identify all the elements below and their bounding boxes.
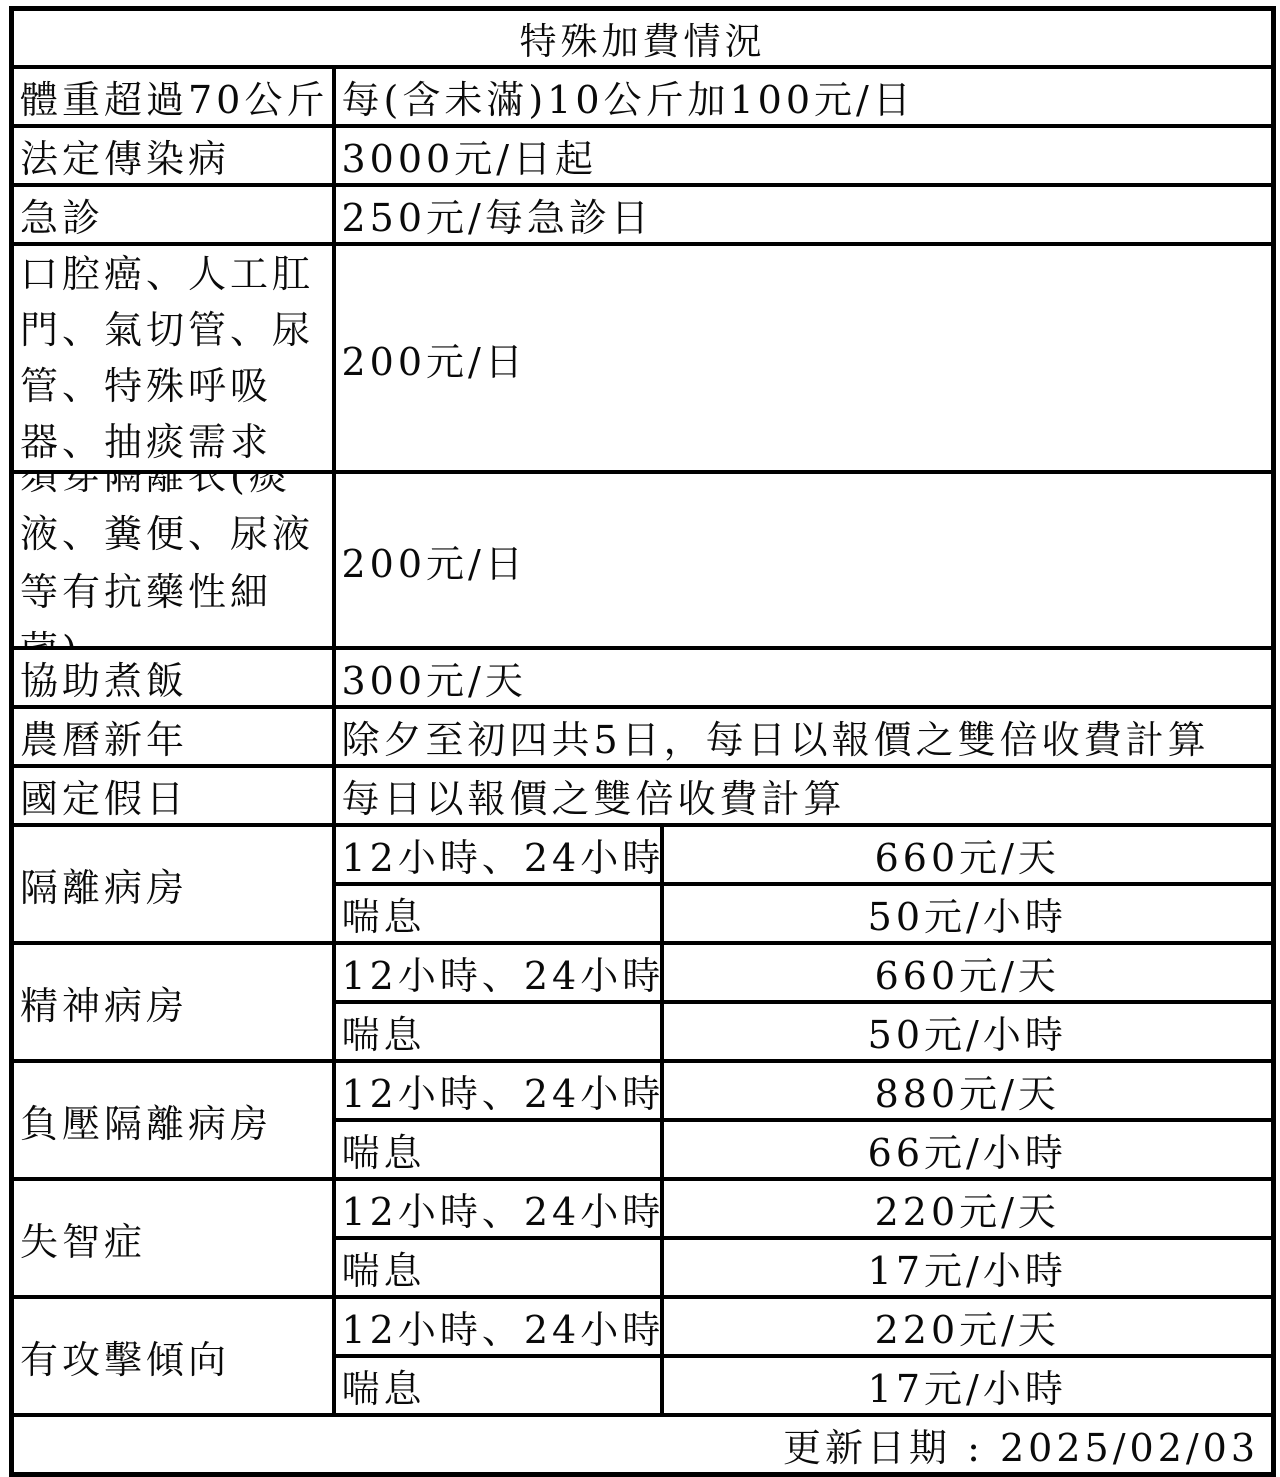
label-line: 門、氣切管、尿 — [20, 302, 326, 358]
row-label-cooking-assist: 協助煮飯 — [12, 648, 334, 707]
label-line: 液、糞便、尿液 — [20, 505, 326, 563]
ward-rate-price: 50元/小時 — [662, 1002, 1274, 1061]
ward-rate-price: 50元/小時 — [662, 884, 1274, 943]
ward-rate-type: 喘息 — [334, 1120, 662, 1179]
row-value-cooking-assist: 300元/天 — [334, 648, 1274, 707]
ward-rate-type: 喘息 — [334, 884, 662, 943]
ward-rate-price: 17元/小時 — [662, 1356, 1274, 1415]
ward-rate-price: 660元/天 — [662, 943, 1274, 1002]
ward-rate-type: 12小時、24小時 — [334, 1297, 662, 1356]
row-label-weight-surcharge: 體重超過70公斤 — [12, 67, 334, 126]
label-line: 管、特殊呼吸 — [20, 358, 326, 414]
ward-rate-type: 12小時、24小時 — [334, 1179, 662, 1238]
clipped-text-box: 須穿隔離衣(痰 液、糞便、尿液 等有抗藥性細 菌) — [14, 474, 332, 646]
label-line: 等有抗藥性細 — [20, 563, 326, 621]
surcharge-table: 特殊加費情況 體重超過70公斤 每(含未滿)10公斤加100元/日 法定傳染病 … — [9, 6, 1276, 1477]
row-label-emergency: 急診 — [12, 185, 334, 244]
document-page: 特殊加費情況 體重超過70公斤 每(含未滿)10公斤加100元/日 法定傳染病 … — [0, 0, 1280, 1455]
ward-rate-type: 喘息 — [334, 1238, 662, 1297]
row-value-emergency: 250元/每急診日 — [334, 185, 1274, 244]
ward-rate-type: 喘息 — [334, 1002, 662, 1061]
ward-label-isolation-ward: 隔離病房 — [12, 825, 334, 943]
update-date: 更新日期 : 2025/02/03 — [12, 1415, 1274, 1475]
row-label-isolation-gown: 須穿隔離衣(痰 液、糞便、尿液 等有抗藥性細 菌) — [12, 472, 334, 648]
row-value-infectious-disease: 3000元/日起 — [334, 126, 1274, 185]
ward-label-dementia: 失智症 — [12, 1179, 334, 1297]
label-line: 器、抽痰需求 — [20, 414, 326, 470]
ward-rate-price: 66元/小時 — [662, 1120, 1274, 1179]
row-label-national-holiday: 國定假日 — [12, 766, 334, 825]
row-value-isolation-gown: 200元/日 — [334, 472, 1274, 648]
row-value-weight-surcharge: 每(含未滿)10公斤加100元/日 — [334, 67, 1274, 126]
row-label-lunar-new-year: 農曆新年 — [12, 707, 334, 766]
ward-rate-price: 220元/天 — [662, 1297, 1274, 1356]
row-value-lunar-new-year: 除夕至初四共5日，每日以報價之雙倍收費計算 — [334, 707, 1274, 766]
ward-rate-type: 12小時、24小時 — [334, 1061, 662, 1120]
ward-rate-price: 17元/小時 — [662, 1238, 1274, 1297]
label-line: 須穿隔離衣(痰 — [20, 474, 326, 505]
table-title: 特殊加費情況 — [12, 9, 1274, 68]
ward-rate-type: 12小時、24小時 — [334, 943, 662, 1002]
row-label-infectious-disease: 法定傳染病 — [12, 126, 334, 185]
ward-rate-price: 660元/天 — [662, 825, 1274, 884]
row-value-special-care-needs: 200元/日 — [334, 244, 1274, 472]
ward-label-psychiatric-ward: 精神病房 — [12, 943, 334, 1061]
row-label-special-care-needs: 口腔癌、人工肛 門、氣切管、尿 管、特殊呼吸 器、抽痰需求 — [12, 244, 334, 472]
ward-rate-price: 880元/天 — [662, 1061, 1274, 1120]
ward-rate-price: 220元/天 — [662, 1179, 1274, 1238]
ward-label-aggressive-tendency: 有攻擊傾向 — [12, 1297, 334, 1415]
row-value-national-holiday: 每日以報價之雙倍收費計算 — [334, 766, 1274, 825]
label-line: 口腔癌、人工肛 — [20, 246, 326, 302]
ward-label-negative-pressure-ward: 負壓隔離病房 — [12, 1061, 334, 1179]
ward-rate-type: 喘息 — [334, 1356, 662, 1415]
ward-rate-type: 12小時、24小時 — [334, 825, 662, 884]
label-line: 菌) — [20, 621, 326, 646]
